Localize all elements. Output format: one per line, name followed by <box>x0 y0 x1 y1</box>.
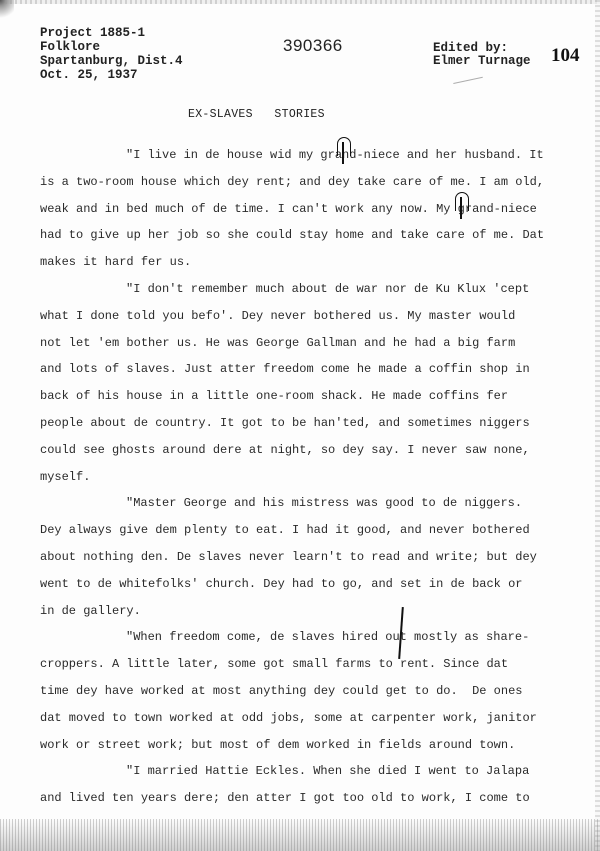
text-line: back of his house in a little one-room s… <box>40 387 580 414</box>
edit-mark-caret <box>337 137 351 156</box>
date-label: Oct. 25, 1937 <box>40 68 183 82</box>
text-line: went to de whitefolks' church. Dey had t… <box>40 575 580 602</box>
document-page: Project 1885-1 Folklore Spartanburg, Dis… <box>0 0 600 851</box>
scan-edge-bottom <box>0 819 600 851</box>
page-number: 104 <box>551 45 580 67</box>
text-line: and lots of slaves. Just atter freedom c… <box>40 360 580 387</box>
text-line: "When freedom come, de slaves hired out … <box>40 628 580 655</box>
scan-corner-shadow <box>0 0 14 60</box>
text-line: "I don't remember much about de war nor … <box>40 280 580 307</box>
edit-mark-line <box>460 197 462 219</box>
text-line: could see ghosts around dere at night, s… <box>40 441 580 468</box>
handwritten-mark <box>451 67 483 84</box>
edit-mark-line <box>342 142 344 164</box>
text-line: time dey have worked at most anything de… <box>40 682 580 709</box>
text-line: "I live in de house wid my grand-niece a… <box>40 146 580 173</box>
text-line: "I married Hattie Eckles. When she died … <box>40 762 580 789</box>
scan-edge-top <box>0 0 600 4</box>
text-line: work or street work; but most of dem wor… <box>40 736 580 763</box>
editor-info: Edited by: Elmer Turnage <box>433 42 531 68</box>
text-line: dat moved to town worked at odd jobs, so… <box>40 709 580 736</box>
text-line: weak and in bed much of de time. I can't… <box>40 200 580 227</box>
category-label: Folklore <box>40 40 183 54</box>
text-line: "Master George and his mistress was good… <box>40 494 580 521</box>
location-label: Spartanburg, Dist.4 <box>40 54 183 68</box>
document-header-info: Project 1885-1 Folklore Spartanburg, Dis… <box>40 26 183 82</box>
text-line: had to give up her job so she could stay… <box>40 226 580 253</box>
document-title: EX-SLAVES STORIES <box>188 108 325 121</box>
edit-mark-caret <box>455 192 469 211</box>
project-label: Project 1885-1 <box>40 26 183 40</box>
text-line: croppers. A little later, some got small… <box>40 655 580 682</box>
scan-edge-right <box>595 0 600 851</box>
text-line: what I done told you befo'. Dey never bo… <box>40 307 580 334</box>
text-line: and lived ten years dere; den atter I go… <box>40 789 580 816</box>
text-line: about nothing den. De slaves never learn… <box>40 548 580 575</box>
text-line: Dey always give dem plenty to eat. I had… <box>40 521 580 548</box>
text-line: is a two-room house which dey rent; and … <box>40 173 580 200</box>
text-line: in de gallery. <box>40 602 580 629</box>
text-line: makes it hard fer us. <box>40 253 580 280</box>
editor-name: Elmer Turnage <box>433 55 531 68</box>
document-number: 390366 <box>283 36 343 56</box>
document-body: "I live in de house wid my grand-niece a… <box>40 146 580 816</box>
text-line: myself. <box>40 468 580 495</box>
text-line: not let 'em bother us. He was George Gal… <box>40 334 580 361</box>
text-line: people about de country. It got to be ha… <box>40 414 580 441</box>
